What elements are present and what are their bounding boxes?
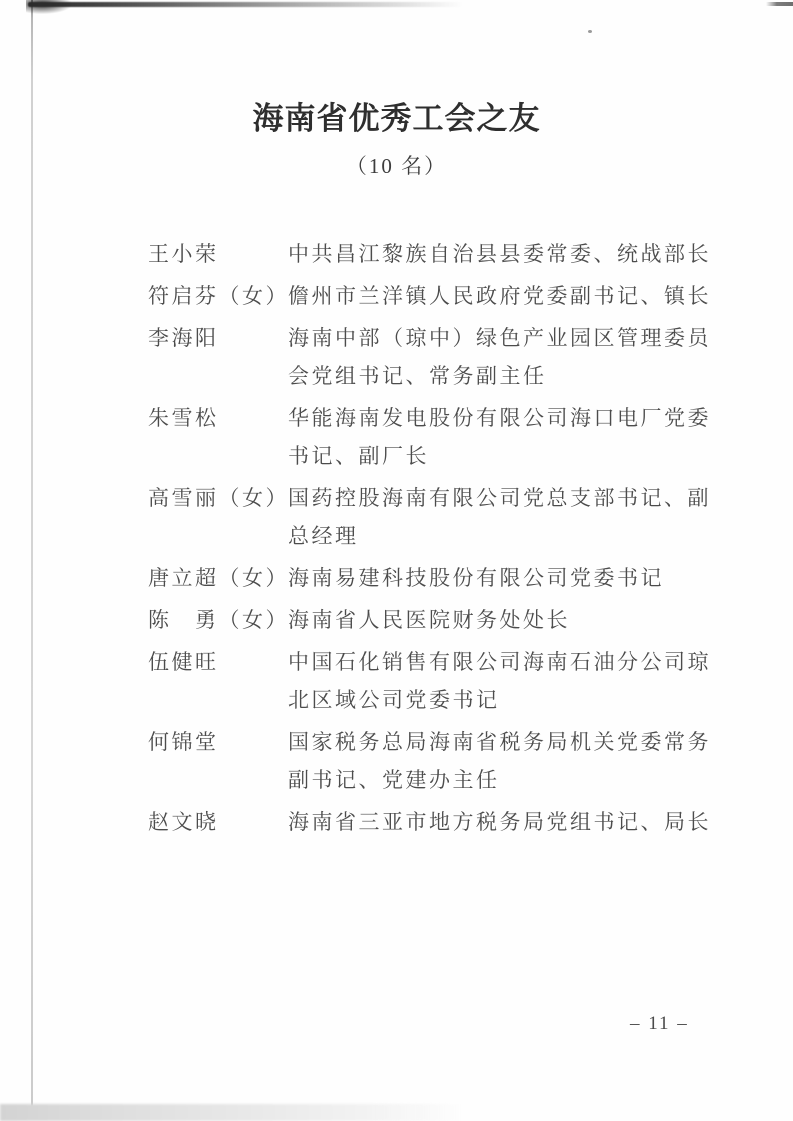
person-name: 王小荣 (148, 242, 219, 266)
award-list: 王小荣 中共昌江黎族自治县县委常委、统战部长 符启芬（女） 儋州市兰洋镇人民政府… (0, 235, 793, 841)
name-column: 王小荣 (148, 235, 288, 273)
name-column: 何锦堂 (148, 723, 288, 799)
person-title: 中国石化销售有限公司海南石油分公司琼北区域公司党委书记 (288, 643, 724, 719)
page-title: 海南省优秀工会之友 (0, 0, 793, 137)
title-line: 华能海南发电股份有限公司海口电厂党委 (288, 399, 724, 437)
name-column: 赵文晓 (148, 803, 288, 841)
list-item: 李海阳 海南中部（琼中）绿色产业园区管理委员会党组书记、常务副主任 (148, 319, 793, 395)
title-line: 国药控股海南有限公司党总支部书记、副 (288, 479, 724, 517)
name-column: 伍健旺 (148, 643, 288, 719)
document-page: 海南省优秀工会之友 （10 名） 王小荣 中共昌江黎族自治县县委常委、统战部长 … (0, 0, 793, 1121)
list-item: 高雪丽（女） 国药控股海南有限公司党总支部书记、副总经理 (148, 479, 793, 555)
person-title: 国家税务总局海南省税务局机关党委常务副书记、党建办主任 (288, 723, 724, 799)
title-line: 国家税务总局海南省税务局机关党委常务 (288, 723, 724, 761)
title-line: 书记、副厂长 (288, 437, 724, 475)
list-item: 朱雪松 华能海南发电股份有限公司海口电厂党委书记、副厂长 (148, 399, 793, 475)
title-line: 总经理 (288, 517, 724, 555)
list-item: 何锦堂 国家税务总局海南省税务局机关党委常务副书记、党建办主任 (148, 723, 793, 799)
title-line: 海南中部（琼中）绿色产业园区管理委员 (288, 319, 724, 357)
gender-note: （女） (219, 284, 290, 308)
person-title: 海南易建科技股份有限公司党委书记 (288, 559, 724, 597)
title-line: 中国石化销售有限公司海南石油分公司琼 (288, 643, 724, 681)
person-name: 赵文晓 (148, 810, 219, 834)
person-title: 中共昌江黎族自治县县委常委、统战部长 (288, 235, 724, 273)
person-name: 陈 勇 (148, 608, 219, 632)
title-line: 中共昌江黎族自治县县委常委、统战部长 (288, 235, 724, 273)
person-title: 儋州市兰洋镇人民政府党委副书记、镇长 (288, 277, 724, 315)
person-name: 符启芬 (148, 284, 219, 308)
title-line: 海南省三亚市地方税务局党组书记、局长 (288, 803, 724, 841)
title-line: 会党组书记、常务副主任 (288, 357, 724, 395)
list-item: 陈 勇（女） 海南省人民医院财务处处长 (148, 601, 793, 639)
person-name: 李海阳 (148, 326, 219, 350)
name-column: 陈 勇（女） (148, 601, 288, 639)
list-item: 王小荣 中共昌江黎族自治县县委常委、统战部长 (148, 235, 793, 273)
list-item: 唐立超（女） 海南易建科技股份有限公司党委书记 (148, 559, 793, 597)
person-title: 海南中部（琼中）绿色产业园区管理委员会党组书记、常务副主任 (288, 319, 724, 395)
list-item: 赵文晓 海南省三亚市地方税务局党组书记、局长 (148, 803, 793, 841)
name-column: 朱雪松 (148, 399, 288, 475)
person-name: 朱雪松 (148, 406, 219, 430)
page-number: – 11 – (630, 1013, 689, 1035)
page-subtitle: （10 名） (0, 154, 793, 179)
person-name: 何锦堂 (148, 730, 219, 754)
name-column: 高雪丽（女） (148, 479, 288, 555)
title-line: 儋州市兰洋镇人民政府党委副书记、镇长 (288, 277, 724, 315)
name-column: 李海阳 (148, 319, 288, 395)
person-title: 华能海南发电股份有限公司海口电厂党委书记、副厂长 (288, 399, 724, 475)
title-line: 副书记、党建办主任 (288, 761, 724, 799)
list-item: 伍健旺 中国石化销售有限公司海南石油分公司琼北区域公司党委书记 (148, 643, 793, 719)
title-line: 海南易建科技股份有限公司党委书记 (288, 559, 724, 597)
person-name: 高雪丽 (148, 486, 219, 510)
gender-note: （女） (219, 566, 290, 590)
person-name: 唐立超 (148, 566, 219, 590)
person-title: 国药控股海南有限公司党总支部书记、副总经理 (288, 479, 724, 555)
title-line: 海南省人民医院财务处处长 (288, 601, 724, 639)
gender-note: （女） (219, 486, 290, 510)
list-item: 符启芬（女） 儋州市兰洋镇人民政府党委副书记、镇长 (148, 277, 793, 315)
person-name: 伍健旺 (148, 650, 219, 674)
name-column: 符启芬（女） (148, 277, 288, 315)
person-title: 海南省三亚市地方税务局党组书记、局长 (288, 803, 724, 841)
gender-note: （女） (219, 608, 290, 632)
name-column: 唐立超（女） (148, 559, 288, 597)
title-line: 北区域公司党委书记 (288, 681, 724, 719)
person-title: 海南省人民医院财务处处长 (288, 601, 724, 639)
